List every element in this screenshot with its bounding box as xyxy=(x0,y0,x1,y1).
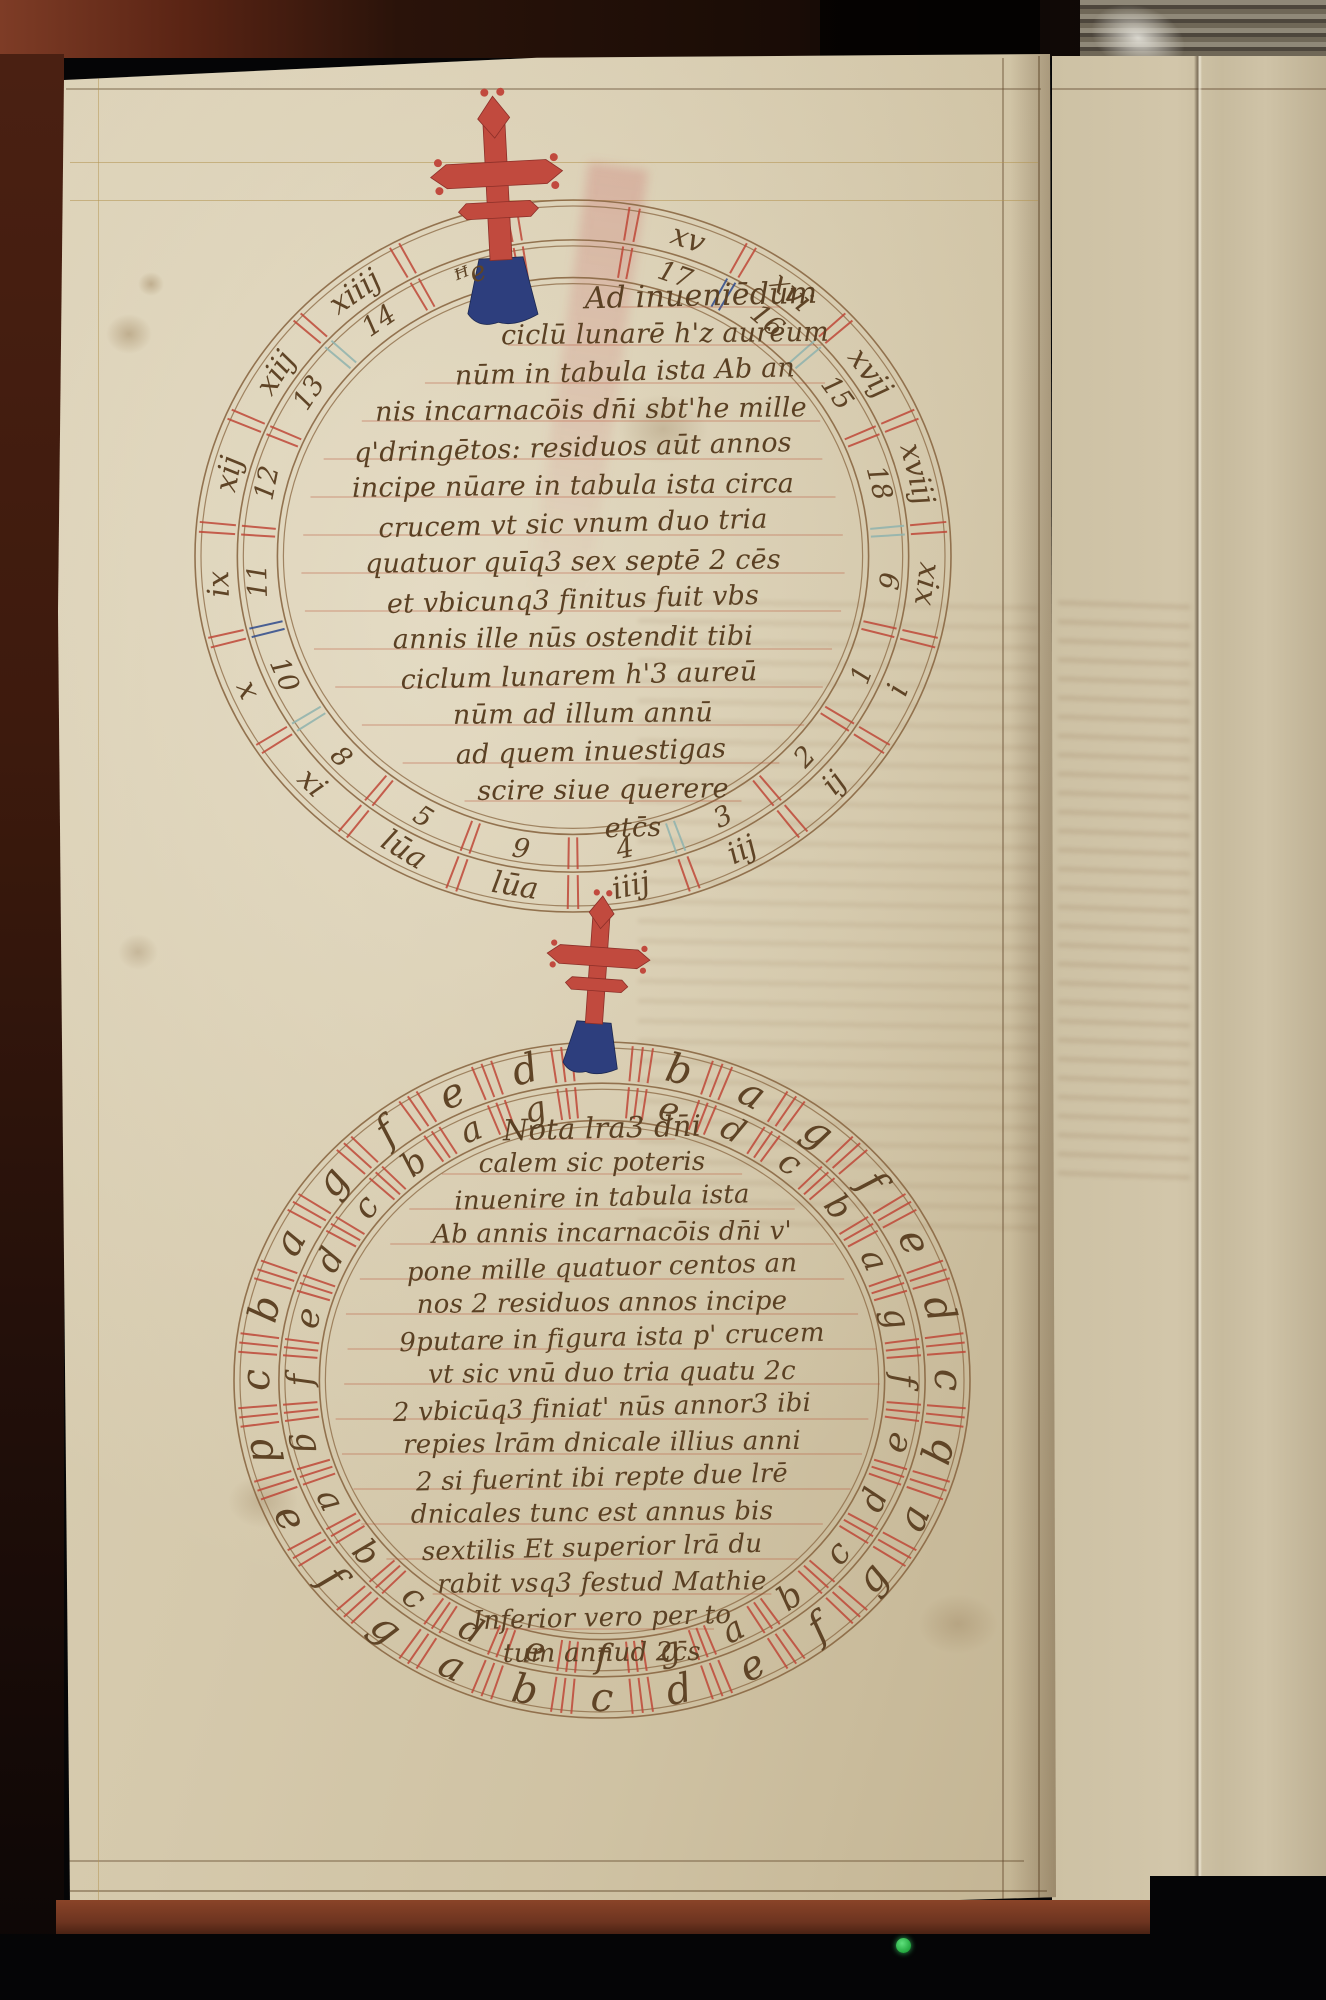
wheel-outer-ring-label: e xyxy=(264,1497,316,1538)
wheel-center-text-line: crucem vt sic vnum duo tria xyxy=(378,504,768,544)
wheel-center-text-line: annis ille nūs ostendit tibi xyxy=(393,621,754,656)
wheel-center-text-line: tum annud 2c̄s xyxy=(503,1637,701,1669)
wheel-outer-ring-label: f xyxy=(798,1605,837,1651)
wheel-inner-ring-label: g xyxy=(286,1428,329,1456)
wheel-center-text-line: sextilis Et superior lrā du xyxy=(421,1529,762,1567)
wheel-outer-ring-label: a xyxy=(888,1498,940,1538)
wheel-outer-ring-label: e xyxy=(888,1222,940,1262)
wheel-outer-ring-label: xviij xyxy=(893,439,942,508)
wheel-outer-ring-label: b xyxy=(661,1045,696,1096)
wheel-center-text-line: ciclū lunarē h'z aureum xyxy=(501,317,829,351)
wheel-center-text-line: 2 si fuerint ibi repte due lrē xyxy=(416,1458,789,1497)
wheel-inner-ring-label: f xyxy=(280,1373,321,1388)
wheel-inner-ring-label: c xyxy=(344,1188,388,1227)
wheel-outer-ring-label: lūa xyxy=(489,865,541,907)
wheel-outer-ring-label: d xyxy=(661,1664,696,1715)
wheel-outer-ring-label: d xyxy=(240,1434,290,1467)
wheel-center-text-line: incipe nūare in tabula ista circa xyxy=(352,468,794,504)
wheel-outer-ring-label: xv xyxy=(667,217,710,261)
wheel-inner-ring-label: 6 xyxy=(871,570,904,591)
wheel-inner-ring-label: c xyxy=(771,1141,810,1185)
wheel-inner-ring-label: f xyxy=(884,1374,924,1387)
wheel-center-text-line: Ad inueniēdum xyxy=(584,276,817,317)
wheel-center-text-line: 2 vbicūq3 finiat' nūs annor3 ibi xyxy=(393,1388,812,1428)
wheel-inner-ring-label: a xyxy=(308,1482,353,1518)
wheel-outer-ring-label: i xyxy=(880,680,916,701)
wheel-center-text-line: scire siue querere xyxy=(477,773,729,807)
wheel-outer-ring-label: ij xyxy=(815,764,854,802)
wheel-center-text-line: pone mille quatuor centos an xyxy=(406,1248,797,1288)
wheel-outer-ring-label: iij xyxy=(722,828,763,872)
wheel-center-text-line: ciclum lunarem h'3 aureū xyxy=(400,656,757,696)
wheel-inner-ring-label: 2 xyxy=(788,741,822,775)
wheel-inner-ring-label: c xyxy=(393,1575,434,1618)
wheel-inner-ring-label: e xyxy=(874,1427,918,1457)
wheel-center-text-line: nūm in tabula ista Ab an xyxy=(455,352,796,391)
wheel-outer-ring-label: xij xyxy=(208,453,249,495)
wheel-center-text-line: q'dringētos: residuos aūt annos xyxy=(354,427,792,469)
wheel-inner-ring-label: g xyxy=(874,1302,918,1334)
wheel-outer-ring-label: c xyxy=(925,1369,971,1391)
wheel-center-text-line: Inferior vero per to xyxy=(472,1600,731,1636)
wheel-center-text-line: nis incarnacōis dn̄i sbt'he mille xyxy=(375,392,807,428)
wheel-inner-ring-label: ꟸe xyxy=(450,255,490,295)
wheel-inner-ring-label: b xyxy=(393,1141,435,1186)
wheel-inner-ring-label: 8 xyxy=(324,740,358,774)
wheel-inner-ring-label: a xyxy=(852,1243,897,1277)
wheel-center-text-line: quatuor quīq3 sex septē 2 cēs xyxy=(365,544,781,579)
wheel-outer-ring-label: c xyxy=(590,1674,615,1721)
wheel-inner-ring-label: d xyxy=(851,1482,896,1518)
wheel-center-text-line: 9putare in figura ista p' crucem xyxy=(399,1318,825,1358)
wheel-inner-ring-label: e xyxy=(286,1304,329,1333)
wheel-center-text-line: Nota lra3 dn̄i xyxy=(503,1109,702,1148)
wheel-outer-ring-label: f xyxy=(850,1162,895,1202)
wheel-center-text-line: nos 2 residuos annos incipe xyxy=(417,1286,788,1320)
wheel-center-text-line: Ab annis incarnacōis dn̄i v' xyxy=(432,1216,792,1250)
wheel-outer-ring-label: d xyxy=(914,1291,965,1328)
wheel-outer-ring-label: c xyxy=(233,1368,280,1393)
wheel-inner-ring-label: a xyxy=(454,1108,488,1153)
wheel-outer-ring-label: ix xyxy=(201,570,237,598)
wheel-center-text-line: ad quem inuestigas xyxy=(455,733,726,771)
wheel-labels-layer: xvxvixvijxviijxixiijiijiiijlūalūaxixixxi… xyxy=(0,0,1326,2000)
wheel-inner-ring-label: 12 xyxy=(248,463,285,503)
background xyxy=(1150,1876,1326,2000)
wheel-outer-ring-label: b xyxy=(508,1665,541,1715)
wheel-outer-ring-label: iiij xyxy=(609,865,654,907)
wheel-center-text-line: dnicales tunc est annus bis xyxy=(411,1496,774,1530)
wheel-center-text-line: inuenire in tabula ista xyxy=(454,1179,750,1216)
wheel-inner-ring-label: 18 xyxy=(860,463,898,504)
wheel-center-text-line: et vbicunq3 finitus fuit vbs xyxy=(387,580,760,620)
wheel-inner-ring-label: d xyxy=(714,1108,752,1154)
wheel-center-text-line: calem sic poteris xyxy=(478,1147,705,1179)
wheel-inner-ring-label: 3 xyxy=(709,800,738,835)
wheel-center-text-line: repies lrām dnicale illius anni xyxy=(403,1426,801,1460)
wheel-inner-ring-label: 10 xyxy=(263,653,305,697)
wheel-outer-ring-label: x xyxy=(228,676,267,706)
wheel-outer-ring-label: b xyxy=(914,1432,965,1469)
wheel-inner-ring-label: 9 xyxy=(510,833,532,866)
wheel-inner-ring-label: 5 xyxy=(407,800,438,835)
wheel-center-text-line: nūm ad illum annū xyxy=(453,697,713,731)
wheel-outer-ring-label: xi xyxy=(290,761,333,805)
wheel-center-text-line: vt sic vnū duo tria quatu 2c xyxy=(428,1356,796,1390)
wheel-outer-ring-label: xix xyxy=(907,560,948,608)
manuscript-photo: xvxvixvijxviijxixiijiijiiijlūalūaxixixxi… xyxy=(0,0,1326,2000)
wheel-outer-ring-label: f xyxy=(309,1557,353,1599)
wheel-outer-ring-label: b xyxy=(239,1292,290,1327)
wheel-inner-ring-label: 1 xyxy=(844,662,879,689)
green-marker-dot xyxy=(896,1938,911,1953)
wheel-inner-ring-label: 11 xyxy=(242,563,274,598)
wheel-center-text-line: etc̄s xyxy=(604,812,661,844)
wheel-inner-ring-label: d xyxy=(307,1241,353,1279)
background xyxy=(0,1934,1326,2000)
wheel-center-text-line: rabit vsq3 festud Mathie xyxy=(437,1566,767,1599)
